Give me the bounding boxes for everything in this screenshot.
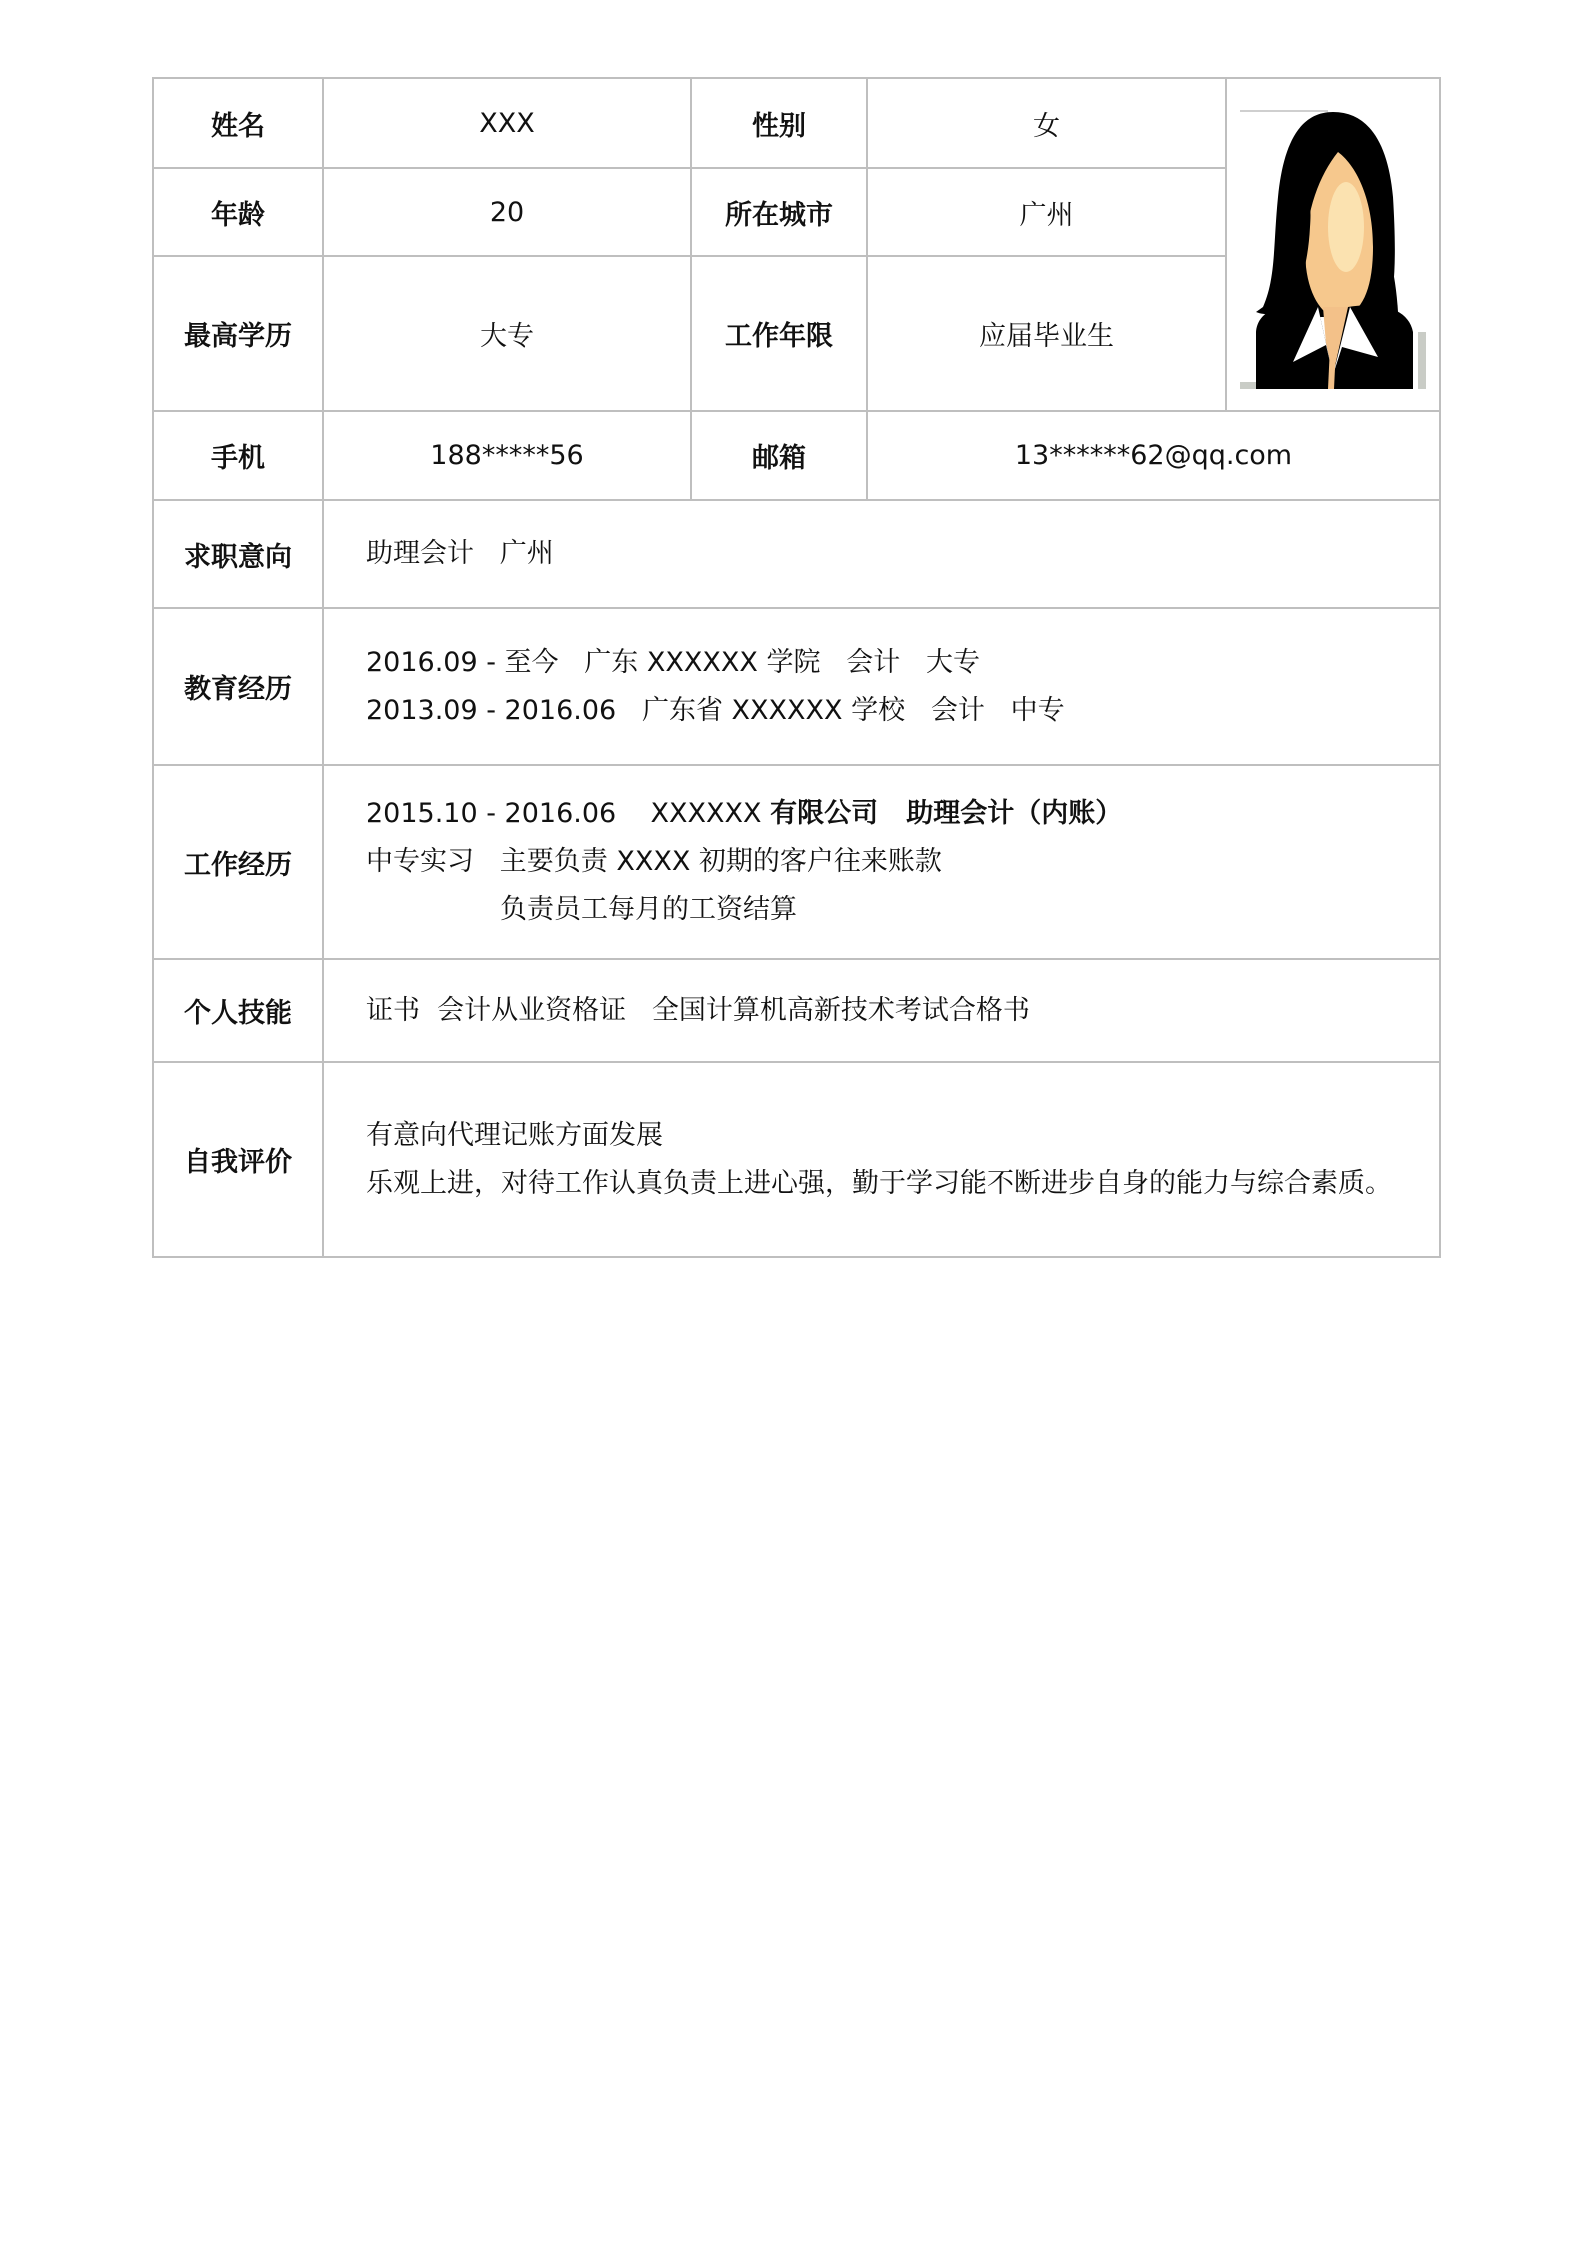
work-position: 助理会计（内账） (878, 798, 1122, 829)
phone-label: 手机 (153, 411, 323, 500)
years-label: 工作年限 (691, 256, 867, 411)
self-eval-line-2: 乐观上进，对待工作认真负责上进心强，勤于学习能不断进步自身的能力与综合素质。 (366, 1160, 1409, 1208)
education-label: 最高学历 (153, 256, 323, 411)
education-history-content: 2016.09 - 至今 广东 XXXXXX 学院 会计 大专 2013.09 … (323, 608, 1440, 765)
avatar-female-icon (1238, 107, 1428, 389)
gender-label: 性别 (691, 78, 867, 168)
education-value: 大专 (323, 256, 691, 411)
skills-content: 证书 会计从业资格证 全国计算机高新技术考试合格书 (323, 959, 1440, 1062)
job-intention-text: 助理会计 广州 (366, 530, 1409, 578)
resume-table: 姓名 XXX 性别 女 (152, 77, 1441, 1258)
years-value: 应届毕业生 (867, 256, 1226, 411)
self-eval-line-1: 有意向代理记账方面发展 (366, 1112, 1409, 1160)
row-work: 工作经历 2015.10 - 2016.06 XXXXXX 有限公司 助理会计（… (153, 765, 1440, 959)
email-value: 13******62@qq.com (867, 411, 1440, 500)
gender-value: 女 (867, 78, 1226, 168)
email-label: 邮箱 (691, 411, 867, 500)
city-value: 广州 (867, 168, 1226, 256)
row-self-eval: 自我评价 有意向代理记账方面发展 乐观上进，对待工作认真负责上进心强，勤于学习能… (153, 1062, 1440, 1257)
job-intention-label: 求职意向 (153, 500, 323, 608)
job-intention-content: 助理会计 广州 (323, 500, 1440, 608)
age-value: 20 (323, 168, 691, 256)
education-line: 2016.09 - 至今 广东 XXXXXX 学院 会计 大专 (366, 639, 1409, 687)
row-job-intention: 求职意向 助理会计 广州 (153, 500, 1440, 608)
work-company-prefix: XXXXXX (651, 798, 771, 829)
education-history-label: 教育经历 (153, 608, 323, 765)
row-skills: 个人技能 证书 会计从业资格证 全国计算机高新技术考试合格书 (153, 959, 1440, 1062)
work-history-content: 2015.10 - 2016.06 XXXXXX 有限公司 助理会计（内账） 中… (323, 765, 1440, 959)
work-duty-line: 负责员工每月的工资结算 (366, 886, 1409, 934)
work-duty-1: 主要负责 XXXX 初期的客户往来账款 (500, 846, 942, 877)
avatar (1238, 107, 1428, 389)
city-label: 所在城市 (691, 168, 867, 256)
row-education: 教育经历 2016.09 - 至今 广东 XXXXXX 学院 会计 大专 201… (153, 608, 1440, 765)
self-eval-label: 自我评价 (153, 1062, 323, 1257)
phone-value: 188*****56 (323, 411, 691, 500)
education-line: 2013.09 - 2016.06 广东省 XXXXXX 学校 会计 中专 (366, 687, 1409, 735)
row-name: 姓名 XXX 性别 女 (153, 78, 1440, 168)
skills-label: 个人技能 (153, 959, 323, 1062)
age-label: 年龄 (153, 168, 323, 256)
work-duty-line: 中专实习 主要负责 XXXX 初期的客户往来账款 (366, 838, 1409, 886)
skills-text: 证书 会计从业资格证 全国计算机高新技术考试合格书 (366, 987, 1409, 1035)
work-header-line: 2015.10 - 2016.06 XXXXXX 有限公司 助理会计（内账） (366, 790, 1409, 838)
self-eval-content: 有意向代理记账方面发展 乐观上进，对待工作认真负责上进心强，勤于学习能不断进步自… (323, 1062, 1440, 1257)
row-contact: 手机 188*****56 邮箱 13******62@qq.com (153, 411, 1440, 500)
work-history-label: 工作经历 (153, 765, 323, 959)
work-duty-2: 负责员工每月的工资结算 (500, 894, 797, 925)
photo-cell (1226, 78, 1440, 411)
work-company-suffix: 有限公司 (770, 798, 878, 829)
work-type: 中专实习 (366, 846, 500, 877)
name-value: XXX (323, 78, 691, 168)
name-label: 姓名 (153, 78, 323, 168)
work-period: 2015.10 - 2016.06 (366, 798, 651, 829)
